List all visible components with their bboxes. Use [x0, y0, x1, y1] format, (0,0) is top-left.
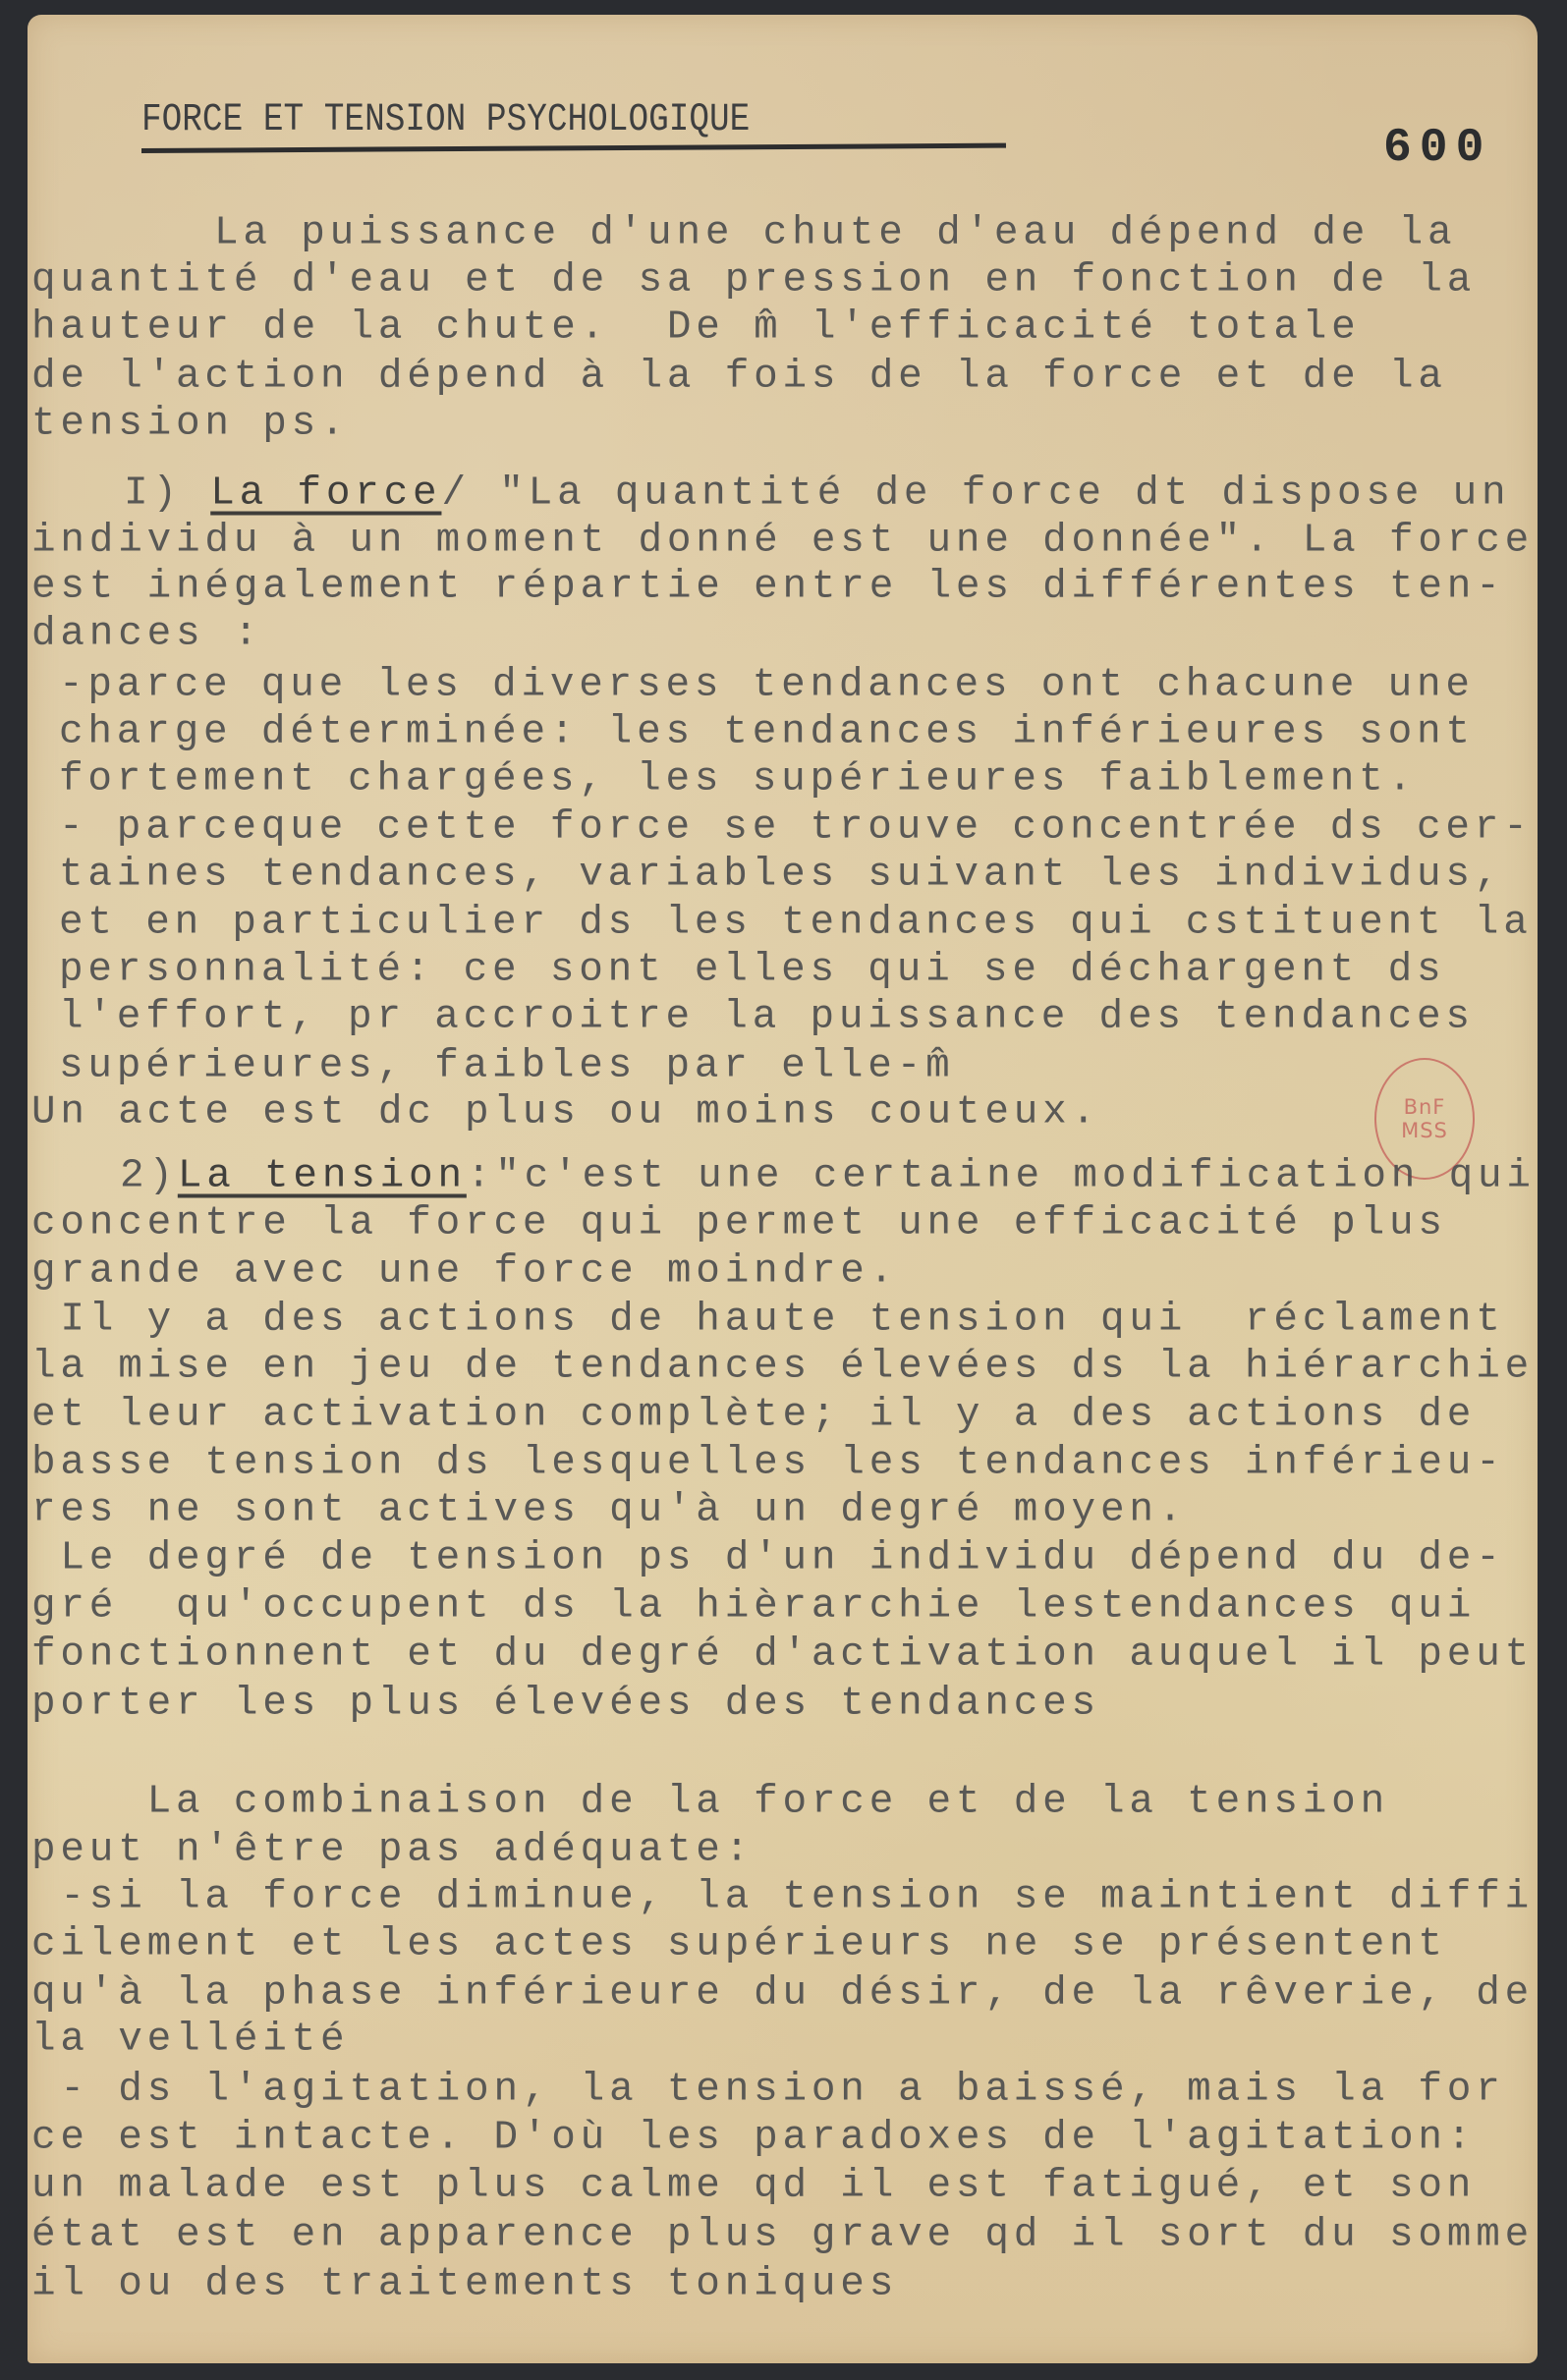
intro-line-3: hauteur de la chute. De m̂ l'efficacité …: [31, 308, 1361, 349]
section2-number: 2): [120, 1154, 178, 1199]
stamp-line-1: BnF: [1404, 1095, 1446, 1119]
document-title: FORCE ET TENSION PSYCHOLOGIQUE: [141, 101, 750, 146]
section3-line-10: état est en apparence plus grave qd il s…: [31, 2216, 1534, 2256]
section2-line-12: porter les plus élevées des tendances: [31, 1685, 1100, 1725]
section3-line-1: La combinaison de la force et de la tens…: [31, 1783, 1389, 1823]
section2-line-11: fonctionnent et du degré d'activation au…: [31, 1635, 1534, 1676]
typescript-page: FORCE ET TENSION PSYCHOLOGIQUE 600 La pu…: [28, 15, 1538, 2363]
section1-line-2: individu à un moment donné est une donné…: [31, 522, 1534, 562]
section3-line-4: cilement et les actes supérieurs ne se p…: [31, 1925, 1447, 1965]
section1-first-line: I) La force/ "La quantité de force dt di…: [124, 474, 1510, 515]
section1-line-3: est inégalement répartie entre les diffé…: [31, 568, 1505, 608]
section3-line-8: ce est intacte. D'où les paradoxes de l'…: [31, 2119, 1476, 2159]
intro-line-1: La puissance d'une chute d'eau dépend de…: [214, 214, 1456, 254]
section2-first-line: 2)La tension:"c'est une certaine modific…: [120, 1157, 1536, 1197]
section3-line-6: la velléité: [31, 2020, 349, 2061]
stamp-line-2: MSS: [1401, 1119, 1448, 1142]
section1-bullet-line-9: supérieures, faibles par elle-m̂: [59, 1047, 955, 1087]
section3-line-5: qu'à la phase inférieure du désir, de la…: [31, 1974, 1534, 2015]
section1-heading: La force: [210, 471, 441, 517]
section2-heading: La tension: [178, 1154, 467, 1199]
section2-line-2: concentre la force qui permet une effica…: [31, 1204, 1447, 1245]
intro-line-2: quantité d'eau et de sa pression en fonc…: [31, 261, 1476, 302]
section1-bullet-line-8: l'effort, pr accroitre la puissance des …: [59, 998, 1475, 1038]
section2-line-4: Il y a des actions de haute tension qui …: [31, 1301, 1505, 1341]
section3-line-7: - ds l'agitation, la tension a baissé, m…: [31, 2071, 1505, 2111]
page-number: 600: [1383, 125, 1491, 172]
section2-line-9: Le degré de tension ps d'un individu dép…: [31, 1539, 1505, 1579]
section1-first-line-rest: "La quantité de force dt dispose un: [471, 471, 1511, 517]
section1-bullet-line-1: -parce que les diverses tendances ont ch…: [59, 666, 1475, 706]
section2-line-10: gré qu'occupent ds la hièrarchie lestend…: [31, 1587, 1476, 1628]
section2-line-7: basse tension ds lesquelles les tendance…: [31, 1444, 1505, 1484]
section1-bullet-line-2: charge déterminée: les tendances inférie…: [59, 713, 1475, 753]
section2-line-5: la mise en jeu de tendances élevées ds l…: [31, 1348, 1534, 1388]
section3-line-11: il ou des traitements toniques: [31, 2265, 898, 2305]
section3-line-2: peut n'être pas adéquate:: [31, 1831, 754, 1871]
section1-conclusion: Un acte est dc plus ou moins couteux.: [31, 1093, 1100, 1134]
section1-bullet-line-5: taines tendances, variables suivant les …: [59, 856, 1503, 896]
section1-bullet-line-3: fortement chargées, les supérieures faib…: [59, 760, 1417, 801]
section2-line-6: et leur activation complète; il y a des …: [31, 1396, 1476, 1436]
section3-line-9: un malade est plus calme qd il est fatig…: [31, 2167, 1476, 2207]
section3-line-3: -si la force diminue, la tension se main…: [31, 1878, 1534, 1918]
section1-bullet-line-7: personnalité: ce sont elles qui se décha…: [59, 951, 1445, 991]
section1-heading-punct: /: [441, 471, 470, 517]
section1-line-4: dances :: [31, 615, 262, 655]
section2-line-8: res ne sont actives qu'à un degré moyen.: [31, 1491, 1187, 1531]
section1-bullet-line-4: - parceque cette force se trouve concent…: [59, 808, 1533, 849]
section1-number: I): [124, 471, 210, 517]
section1-bullet-line-6: et en particulier ds les tendances qui c…: [59, 904, 1533, 944]
intro-line-4: de l'action dépend à la fois de la force…: [31, 358, 1447, 398]
section2-line-3: grande avec une force moindre.: [31, 1252, 898, 1293]
intro-line-5: tension ps.: [31, 405, 349, 445]
section2-first-line-rest: :"c'est une certaine modification qui: [467, 1154, 1536, 1199]
